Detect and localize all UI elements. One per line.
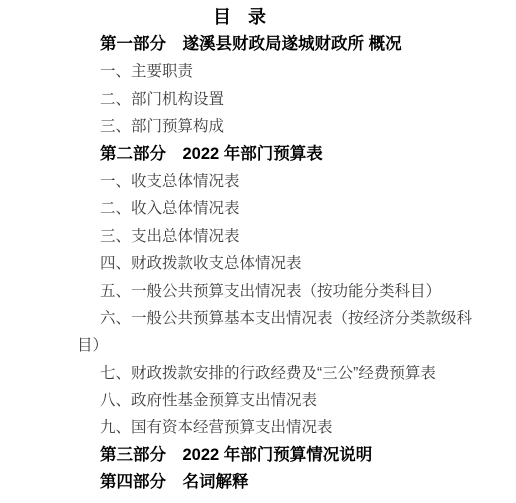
toc-item: 七、财政拨款安排的行政经费及“三公”经费预算表 xyxy=(77,360,492,387)
toc-item: 五、一般公共预算支出情况表（按功能分类科目） xyxy=(77,278,492,305)
toc-item: 六、一般公共预算基本支出情况表（按经济分类款级科 xyxy=(77,305,492,332)
toc-item: 二、收入总体情况表 xyxy=(77,195,492,222)
toc-item: 八、政府性基金预算支出情况表 xyxy=(77,387,492,414)
page-title: 目 录 xyxy=(77,5,408,31)
toc-heading-part4: 第四部分 名词解释 xyxy=(77,469,492,496)
toc-item: 九、国有资本经营预算支出情况表 xyxy=(77,414,492,441)
toc-item-continuation: 目） xyxy=(77,332,492,359)
toc-page: 目 录 第一部分 遂溪县财政局遂城财政所 概况 一、主要职责 二、部门机构设置 … xyxy=(0,0,516,503)
toc-item: 三、支出总体情况表 xyxy=(77,223,492,250)
toc-item: 一、收支总体情况表 xyxy=(77,168,492,195)
toc-item: 一、主要职责 xyxy=(77,58,492,85)
toc-heading-part1: 第一部分 遂溪县财政局遂城财政所 概况 xyxy=(77,31,492,58)
toc-item: 四、财政拨款收支总体情况表 xyxy=(77,250,492,277)
toc-item: 三、部门预算构成 xyxy=(77,113,492,140)
toc-heading-part2: 第二部分 2022 年部门预算表 xyxy=(77,141,492,168)
toc-item: 二、部门机构设置 xyxy=(77,86,492,113)
toc-heading-part3: 第三部分 2022 年部门预算情况说明 xyxy=(77,442,492,469)
